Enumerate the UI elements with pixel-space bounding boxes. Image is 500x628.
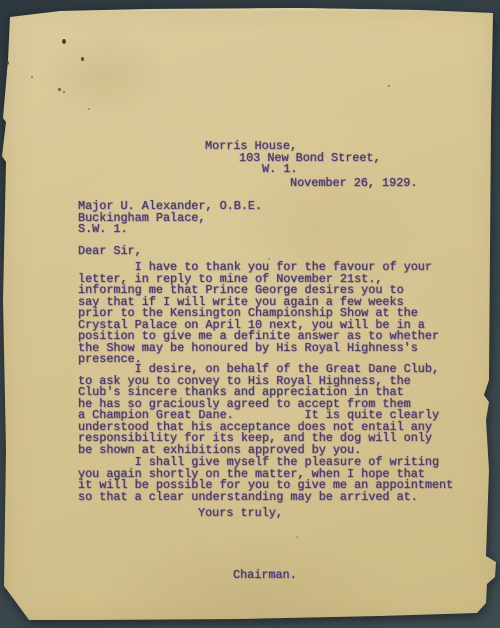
paragraph-1: I have to thank you for the favour of yo…	[78, 262, 439, 366]
letter-date: November 26, 1929.	[290, 178, 417, 190]
paper-speck	[63, 91, 65, 93]
salutation: Dear Sir,	[78, 246, 142, 258]
paper-speck	[62, 39, 66, 44]
paper-shadow: Morris House, 103 New Bond Street, W. 1.…	[0, 0, 500, 628]
letterhead-district: W. 1.	[262, 164, 297, 176]
letterhead-street: 103 New Bond Street,	[239, 153, 381, 165]
paper-speck	[58, 88, 61, 91]
paragraph-2: I desire, on behalf of the Great Dane Cl…	[78, 364, 439, 456]
photo-background: Morris House, 103 New Bond Street, W. 1.…	[0, 0, 500, 628]
letter-paper: Morris House, 103 New Bond Street, W. 1.…	[0, 0, 500, 628]
paragraph-3: I shall give myself the pleasure of writ…	[78, 457, 453, 503]
paper-speck	[81, 57, 84, 61]
signature-title: Chairman.	[233, 570, 297, 582]
paper-speck	[88, 108, 90, 110]
paper-speck	[5, 61, 9, 65]
paper-speck	[388, 85, 390, 87]
recipient-address: Major U. Alexander, O.B.E. Buckingham Pa…	[78, 201, 262, 236]
closing-valediction: Yours truly,	[198, 508, 283, 520]
paper-speck	[296, 536, 298, 538]
paper-speck	[31, 76, 33, 78]
